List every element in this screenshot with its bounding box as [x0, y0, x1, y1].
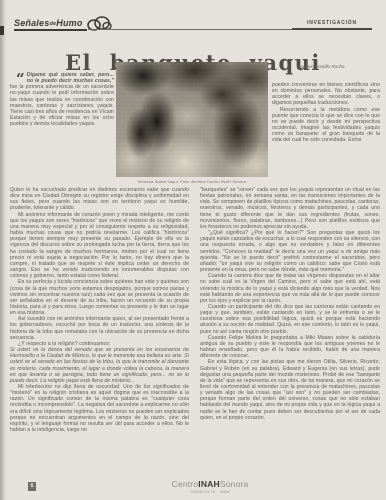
imprint-inah: INAH — [198, 479, 220, 489]
imprint-centro: Centro — [172, 479, 199, 489]
imprint-subline: CONACULTA - INAH — [120, 490, 300, 494]
paragraph: Cuando la cantora dice que de todas las … — [200, 273, 380, 304]
photo-caption: Semana Santa Yaqui. Foto: Archivo Centro… — [110, 179, 274, 184]
logo-text-senales: Señales — [14, 18, 49, 28]
paragraph: Quien lo ha escuchado predicar en distin… — [10, 187, 189, 212]
paragraph: En esta lógica, y con las pistas que me … — [200, 359, 380, 421]
paragraph: Mi anónimo informante de corazón joven y… — [10, 212, 189, 280]
paragraph: Así sucedió con mi anónimo informante qu… — [10, 316, 189, 341]
paragraph: Cuando Felipe Molina le preguntaba a Mik… — [200, 335, 380, 360]
section-label: INVESTIGACIÓN — [292, 20, 372, 30]
lead-quote: Dígame qué quiere saber, pero... no le p… — [27, 72, 114, 84]
imprint-logotype: CentroINAHSonora — [120, 479, 300, 489]
imprint-sonora: Sonora — [220, 479, 249, 489]
article-photo — [116, 62, 268, 177]
magazine-logo: SeñalesdeHumo — [14, 18, 87, 31]
quoted-italic-paragraph: Si usted ve la danza del venado que se p… — [10, 347, 189, 384]
author-byline: Carmen Castillo Rocha — [262, 64, 380, 69]
paragraph: Cuando un participante del rito dice que… — [200, 304, 380, 335]
lead-paragraph: “Dígame qué quiere saber, pero... no le … — [10, 72, 114, 127]
drop-quote-mark: “ — [16, 74, 25, 84]
masthead: SeñalesdeHumo INVESTIGACIÓN — [0, 12, 386, 34]
paragraph: pueden convertirse en bienes científicos… — [272, 82, 380, 107]
column-left-top: “Dígame qué quiere saber, pero... no le … — [10, 72, 114, 185]
logo-text-humo: Humo — [56, 18, 82, 28]
paragraph: Recurriendo a la metáfora como ese puent… — [272, 107, 380, 144]
column-right-main: "banquetes" se "sirven" cada vez que los… — [200, 187, 380, 462]
column-left-main: Quien lo ha escuchado predicar en distin… — [10, 187, 189, 478]
paragraph: "banquetes" se "sirven" cada vez que los… — [200, 187, 380, 230]
column-right-top: pueden convertirse en bienes científicos… — [272, 82, 380, 185]
lead-rest: fue la primera advertencia de un sacerdo… — [10, 84, 114, 127]
paragraph: Mi interlocutor no dijo llena de oscurid… — [10, 384, 189, 433]
smoke-rings-icon — [86, 16, 112, 34]
masthead-rule — [88, 29, 314, 30]
page-number: 6 — [28, 482, 36, 491]
footer-imprint: CentroINAHSonora CONACULTA - INAH — [120, 479, 300, 494]
paragraph: En su perfecta y lúcida conciencia sobre… — [10, 279, 189, 316]
paragraph: "¿Qué significa? ¿Por qué lo hacen?" Son… — [200, 230, 380, 273]
